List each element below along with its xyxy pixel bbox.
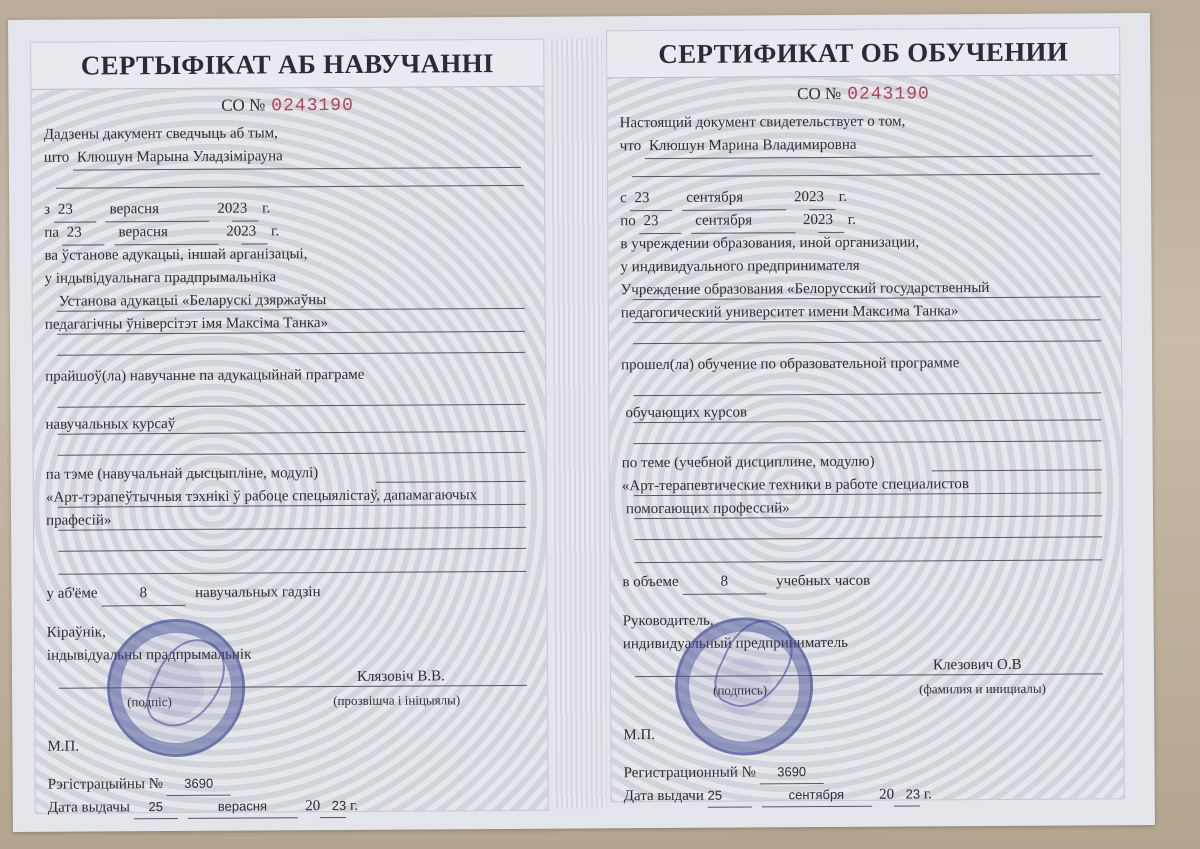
from-date-row: с 23 сентября 2023 г. [620,184,1108,210]
registration-row: Рэгістрацыйны № 3690 [48,770,536,796]
blank-line [621,322,1109,348]
blank-line [622,541,1110,567]
institution-name-1: Учреждение образования «Белорусский госу… [621,280,990,298]
name-caption: (прозвішча і ініцыялы) [333,688,460,712]
institution-label-2: у индивидуального предпринимателя [620,253,1108,279]
intro-text: Дадзены дакумент сведчыць аб тым, [44,121,532,147]
issue-year: 23 [320,794,346,818]
topic-line-2: помогающих профессий» [622,495,1110,521]
from-prefix: с [620,190,627,206]
page-title: СЕРТЫФІКАТ АБ НАВУЧАННІ [31,40,543,90]
to-day: 23 [639,210,681,234]
to-year: 23 [241,220,267,244]
topic-label-row: па тэме (навучальнай дысцыпліне, модулі) [46,461,534,487]
volume-hours: 8 [101,582,185,607]
intro-text: Настоящий документ свидетельствует о том… [620,109,1108,135]
issue-month: сентября [761,783,871,808]
issue-label: Дата выдачи [624,788,704,804]
year-prefix: 20 [794,189,809,205]
serial-number: 0243190 [847,84,930,105]
volume-hours: 8 [682,570,766,595]
issue-day: 25 [708,783,752,807]
to-date-row: па 23 верасня 2023 г. [44,219,532,245]
to-prefix: по [620,213,636,229]
year-prefix: 20 [803,212,818,228]
page-title: СЕРТИФИКАТ ОБ ОБУЧЕНИИ [607,28,1119,78]
issue-date-row: Дата выдачы 25 верасня 2023 г. [48,793,536,819]
year-prefix: 20 [879,787,894,803]
registration-number: 3690 [760,760,824,784]
institution-label-2: у індывідуальнага прадпрымальніка [45,265,533,291]
volume-suffix: учебных часов [776,573,870,590]
to-year: 23 [818,209,844,233]
topic-name-1: «Арт-терапевтические техники в работе сп… [622,476,969,494]
registration-label: Регистрационный № [624,764,756,781]
institution-name-2: педагагічны ўніверсітэт імя Максіма Танк… [45,315,328,333]
certificate-page-belarusian: СЕРТЫФІКАТ АБ НАВУЧАННІ СО №0243190 Дадз… [30,39,549,814]
blank-line [622,518,1110,544]
volume-suffix: навучальных гадзін [195,584,321,601]
blank-line [621,422,1109,448]
from-day: 23 [630,187,672,211]
institution-label-1: в учреждении образования, иной организац… [620,230,1108,256]
topic-line-2: прафесій» [46,507,534,533]
issue-month: верасня [187,794,297,819]
registration-label: Рэгістрацыйны № [48,776,163,793]
serial-row: СО №0243190 [619,75,1107,112]
to-day: 23 [63,221,105,245]
issue-label: Дата выдачы [48,799,130,816]
program-name: навучальных курсаў [45,416,175,433]
institution-label-1: ва ўстанове адукацыі, іншай арганізацыі, [44,242,532,268]
certificate-page-russian: СЕРТИФИКАТ ОБ ОБУЧЕНИИ СО №0243190 Насто… [606,27,1125,802]
year-prefix: 20 [305,798,320,814]
program-label: прайшоў(ла) навучанне па адукацыйнай пра… [45,363,533,389]
certificate-sheet: СЕРТЫФІКАТ АБ НАВУЧАННІ СО №0243190 Дадз… [8,13,1155,832]
institution-name-1: Установа адукацыі «Беларускі дзяржаўны [45,292,331,310]
year-suffix: г. [839,189,847,205]
year-suffix: г. [271,223,279,239]
volume-row: в объеме 8 учебных часов [622,568,1110,594]
seal-label: М.П. [47,733,535,759]
program-line: обучающих курсов [621,399,1109,425]
blank-line [45,386,533,412]
topic-name-1: «Арт-тэрапеўтычныя тэхнікі ў рабоце спец… [46,487,477,506]
name-row: што Клюшун Марына Уладзімірауна [44,144,532,170]
blank-line [46,553,534,579]
topic-name-2: помогающих профессий» [622,500,794,517]
from-prefix: з [44,202,50,218]
registration-row: Регистрационный № 3690 [624,758,1112,784]
head-label-1: Кіраўнік, [47,619,535,645]
from-day: 23 [54,198,96,222]
year-suffix: г. [262,200,270,216]
blank-line [44,167,532,193]
to-month: сентября [691,209,795,234]
institution-line-2: педагагічны ўніверсітэт імя Максіма Танк… [45,311,533,337]
issue-year: 23 [894,782,920,806]
topic-line-1: «Арт-тэрапеўтычныя тэхнікі ў рабоце спец… [46,484,534,510]
volume-prefix: в объеме [622,574,678,590]
from-year: 23 [809,186,835,210]
program-name: обучающих курсов [621,404,751,421]
year-prefix: 20 [226,224,241,240]
name-row: что Клюшун Марина Владимировна [620,132,1108,158]
name-prefix: што [44,150,70,166]
head-label-1: Руководитель, [623,607,1111,633]
program-label: прошел(ла) обучение по образовательной п… [621,351,1109,377]
serial-row: СО №0243190 [43,87,531,124]
blank-line [46,530,534,556]
name-caption: (фамилия и инициалы) [919,677,1046,701]
institution-name-2: педагогический университет имени Максима… [621,303,959,321]
blank-line [620,155,1108,181]
blank-line [45,334,533,360]
topic-label-row: по теме (учебной дисциплине, модулю) [622,449,1110,475]
issue-day: 25 [134,795,178,819]
year-suffix: г. [924,786,932,802]
serial-prefix: СО № [797,84,841,103]
institution-line-2: педагогический университет имени Максима… [621,299,1109,325]
to-prefix: па [44,225,59,241]
to-month: верасня [114,221,218,246]
name-prefix: что [620,138,642,154]
from-month: сентября [682,186,786,211]
serial-prefix: СО № [221,95,265,114]
volume-prefix: у аб'ёме [46,585,97,601]
to-date-row: по 23 сентября 2023 г. [620,207,1108,233]
year-suffix: г. [350,798,358,814]
from-month: верасня [106,198,210,223]
blank-line [46,434,534,460]
from-date-row: з 23 верасня 2023 г. [44,196,532,222]
blank-line [621,374,1109,400]
topic-label: па тэме (навучальнай дысцыпліне, модулі) [46,465,319,483]
registration-number: 3690 [167,772,231,796]
serial-number: 0243190 [271,96,354,117]
year-suffix: г. [848,212,856,228]
topic-line-1: «Арт-терапевтические техники в работе сп… [622,472,1110,498]
from-year: 23 [232,197,258,221]
institution-line-1: Установа адукацыі «Беларускі дзяржаўны [45,288,533,314]
topic-label: по теме (учебной дисциплине, модулю) [622,454,875,472]
center-spine [548,38,607,808]
institution-line-1: Учреждение образования «Белорусский госу… [621,276,1109,302]
year-prefix: 20 [217,201,232,217]
volume-row: у аб'ёме 8 навучальных гадзін [46,580,534,606]
program-line: навучальных курсаў [45,411,533,437]
topic-name-2: прафесій» [46,512,111,528]
issue-date-row: Дата выдачи 25 сентября 2023 г. [624,781,1112,807]
